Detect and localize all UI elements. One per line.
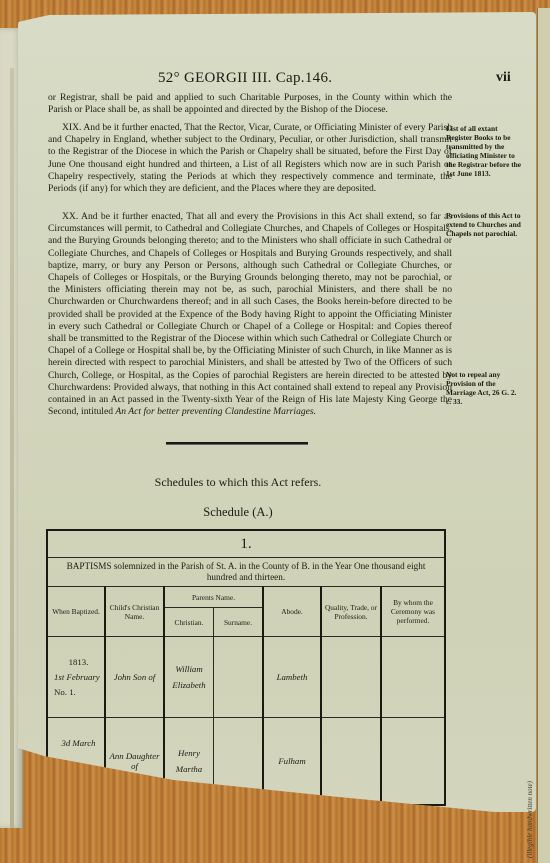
cell-child: Ann Daughter of: [105, 718, 164, 806]
header-christian: Christian.: [164, 608, 214, 637]
section-divider-rule: [166, 442, 308, 444]
section-xix: XIX. And be it further enacted, That the…: [48, 122, 452, 195]
table-number: 1.: [47, 530, 445, 558]
baptism-register-table: 1. BAPTISMS solemnized in the Parish of …: [46, 529, 446, 806]
page-number: vii: [496, 70, 511, 86]
cell-child: John Son of: [105, 637, 164, 718]
page-title: 52° GEORGII III. Cap.146.: [158, 70, 332, 87]
continuation-paragraph: or Registrar, shall be paid and applied …: [48, 92, 452, 116]
header-surname: Surname.: [214, 608, 264, 637]
running-header: 52° GEORGII III. Cap.146. vii: [18, 70, 536, 90]
cell-by-whom: [381, 718, 445, 806]
entry-father: William: [166, 664, 212, 674]
handwritten-margin-note: (illegible handwritten note): [526, 668, 540, 858]
margin-note-xx-1: Provisions of this Act to extend to Chur…: [446, 211, 522, 238]
cell-parents-christian: William Elizabeth: [164, 637, 214, 718]
margin-note-xix: List of all extant Register Books to be …: [446, 124, 522, 178]
cell-by-whom: [381, 637, 445, 718]
header-parents-name: Parents Name.: [164, 587, 263, 608]
header-quality: Quality, Trade, or Profession.: [321, 587, 381, 637]
cell-surname: [214, 718, 264, 806]
table-row: 3d March No. 2. Ann Daughter of Henry Ma…: [47, 718, 445, 806]
entry-mother: Elizabeth: [166, 680, 212, 690]
entry-date: 1st February: [54, 672, 103, 682]
table-caption: BAPTISMS solemnized in the Parish of St.…: [47, 558, 445, 587]
cell-abode: Lambeth: [263, 637, 321, 718]
header-when-baptized: When Baptized.: [47, 587, 105, 637]
margin-note-xx-2: Not to repeal any Provision of the Marri…: [446, 370, 522, 406]
schedule-label: Schedule (A.): [18, 505, 458, 520]
cell-surname: [214, 637, 264, 718]
entry-number: No. 2.: [54, 774, 103, 784]
header-childs-name: Child's Christian Name.: [105, 587, 164, 637]
schedules-heading: Schedules to which this Act refers.: [18, 475, 458, 490]
cell-when: 1813. 1st February No. 1.: [47, 637, 105, 718]
section-xx: XX. And be it further enacted, That all …: [48, 211, 452, 418]
section-xx-text: XX. And be it further enacted, That all …: [48, 211, 452, 417]
gutter-shadow: [10, 68, 14, 828]
entry-number: No. 1.: [54, 687, 103, 697]
act-title-italic: An Act for better preventing Clandestine…: [115, 406, 316, 417]
header-abode: Abode.: [263, 587, 321, 637]
cell-abode: Fulham: [263, 718, 321, 806]
entry-year: 1813.: [54, 657, 103, 667]
table-row: 1813. 1st February No. 1. John Son of Wi…: [47, 637, 445, 718]
cell-quality: [321, 718, 381, 806]
cell-parents-christian: Henry Martha: [164, 718, 214, 806]
entry-father: Henry: [166, 748, 212, 758]
cell-quality: [321, 637, 381, 718]
cell-when: 3d March No. 2.: [47, 718, 105, 806]
header-by-whom: By whom the Ceremony was performed.: [381, 587, 445, 637]
document-page: 52° GEORGII III. Cap.146. vii or Registr…: [18, 12, 536, 812]
entry-mother: Martha: [166, 764, 212, 774]
entry-date: 3d March: [54, 738, 103, 748]
